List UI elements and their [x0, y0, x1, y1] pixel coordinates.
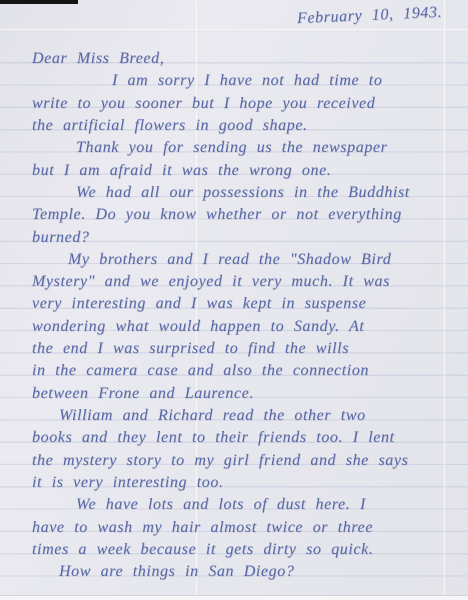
- letter-line: very interesting and I was kept in suspe…: [32, 293, 460, 315]
- letter-date: February 10, 1943.: [296, 4, 442, 28]
- letter-line: How are things in San Diego?: [32, 561, 460, 583]
- fold-crease-horizontal: [0, 28, 468, 32]
- letter-line: but I am afraid it was the wrong one.: [32, 160, 460, 182]
- letter-line: Thank you for sending us the newspaper: [32, 137, 460, 159]
- letter-line: We had all our possessions in the Buddhi…: [32, 182, 460, 204]
- letter-line: the end I was surprised to find the will…: [32, 338, 460, 360]
- letter-line: write to you sooner but I hope you recei…: [32, 93, 460, 115]
- letter-line: Temple. Do you know whether or not every…: [32, 204, 460, 226]
- letter-line: My brothers and I read the "Shadow Bird: [32, 249, 460, 271]
- letter-page: February 10, 1943. Dear Miss Breed, I am…: [0, 0, 468, 600]
- letter-line: between Frone and Laurence.: [32, 383, 460, 405]
- letter-line: in the camera case and also the connecti…: [32, 360, 460, 382]
- letter-line: William and Richard read the other two: [32, 405, 460, 427]
- scan-artifact-mark: [0, 0, 78, 4]
- letter-line: have to wash my hair almost twice or thr…: [32, 517, 460, 539]
- letter-body: Dear Miss Breed, I am sorry I have not h…: [32, 48, 460, 584]
- letter-line: burned?: [32, 227, 460, 249]
- letter-line: Mystery" and we enjoyed it very much. It…: [32, 271, 460, 293]
- letter-line: the artificial flowers in good shape.: [32, 115, 460, 137]
- letter-line: We have lots and lots of dust here. I: [32, 494, 460, 516]
- scan-edge-bottom: [0, 595, 468, 600]
- letter-line: the mystery story to my girl friend and …: [32, 450, 460, 472]
- letter-line: books and they lent to their friends too…: [32, 427, 460, 449]
- letter-salutation: Dear Miss Breed,: [32, 48, 460, 70]
- letter-line: it is very interesting too.: [32, 472, 460, 494]
- letter-line: times a week because it gets dirty so qu…: [32, 539, 460, 561]
- letter-line: wondering what would happen to Sandy. At: [32, 316, 460, 338]
- letter-line: I am sorry I have not had time to: [32, 70, 460, 92]
